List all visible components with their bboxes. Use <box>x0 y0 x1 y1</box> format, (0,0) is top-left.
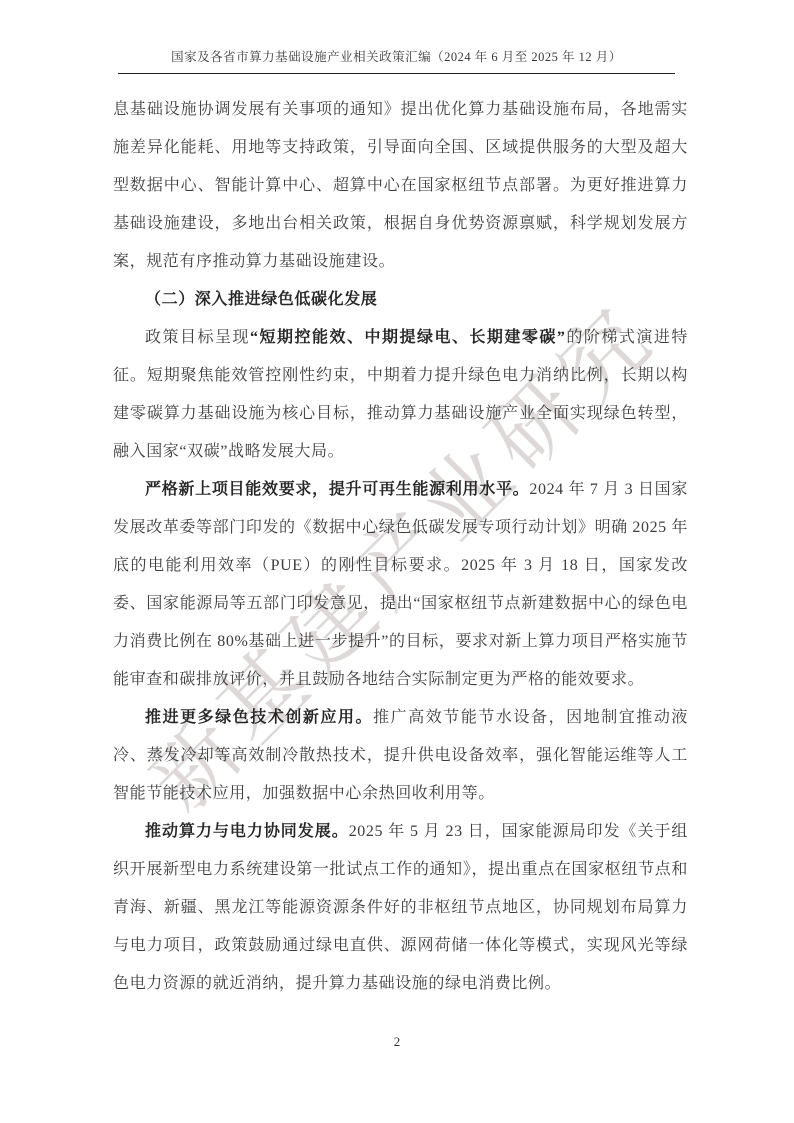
paragraph-lead-bold: 推进更多绿色技术创新应用。 <box>145 709 373 726</box>
paragraph-text: 的阶梯式演进特征。短期聚焦能效管控刚性约束，中期着力提升绿色电力消纳比例，长期以… <box>113 329 688 460</box>
paragraph-text: 政策目标呈现 <box>145 329 250 346</box>
paragraph-lead-bold: 严格新上项目能效要求，提升可再生能源利用水平。 <box>145 481 529 498</box>
section-heading-text: （二）深入推进绿色低碳化发展 <box>145 291 377 308</box>
section-heading: （二）深入推进绿色低碳化发展 <box>113 281 688 319</box>
paragraph-text: 2024 年 7 月 3 日国家发展改革委等部门印发的《数据中心绿色低碳发展专项… <box>113 481 688 688</box>
document-body: 息基础设施协调发展有关事项的通知》提出优化算力基础设施布局，各地需实施差异化能耗… <box>113 91 688 1003</box>
paragraph-power-synergy: 推动算力与电力协同发展。2025 年 5 月 23 日，国家能源局印发《关于组织… <box>113 813 688 1003</box>
paragraph-text: 息基础设施协调发展有关事项的通知》提出优化算力基础设施布局，各地需实施差异化能耗… <box>113 101 688 270</box>
paragraph-text: 2025 年 5 月 23 日，国家能源局印发《关于组织开展新型电力系统建设第一… <box>113 823 688 992</box>
paragraph-lead-bold: 推动算力与电力协同发展。 <box>145 823 349 840</box>
paragraph-green-technology: 推进更多绿色技术创新应用。推广高效节能节水设备，因地制宜推动液冷、蒸发冷却等高效… <box>113 699 688 813</box>
paragraph-continued: 息基础设施协调发展有关事项的通知》提出优化算力基础设施布局，各地需实施差异化能耗… <box>113 91 688 281</box>
page-footer: 2 <box>0 1034 794 1050</box>
bold-quote: “短期控能效、中期提绿电、长期建零碳” <box>250 329 566 346</box>
page-header: 国家及各省市算力基础设施产业相关政策汇编（2024 年 6 月至 2025 年 … <box>118 49 675 74</box>
paragraph-policy-goal: 政策目标呈现“短期控能效、中期提绿电、长期建零碳”的阶梯式演进特征。短期聚焦能效… <box>113 319 688 471</box>
header-title: 国家及各省市算力基础设施产业相关政策汇编（2024 年 6 月至 2025 年 … <box>171 50 622 64</box>
paragraph-energy-efficiency: 严格新上项目能效要求，提升可再生能源利用水平。2024 年 7 月 3 日国家发… <box>113 471 688 699</box>
page-number: 2 <box>394 1034 401 1049</box>
document-page: 国家及各省市算力基础设施产业相关政策汇编（2024 年 6 月至 2025 年 … <box>0 0 794 1123</box>
